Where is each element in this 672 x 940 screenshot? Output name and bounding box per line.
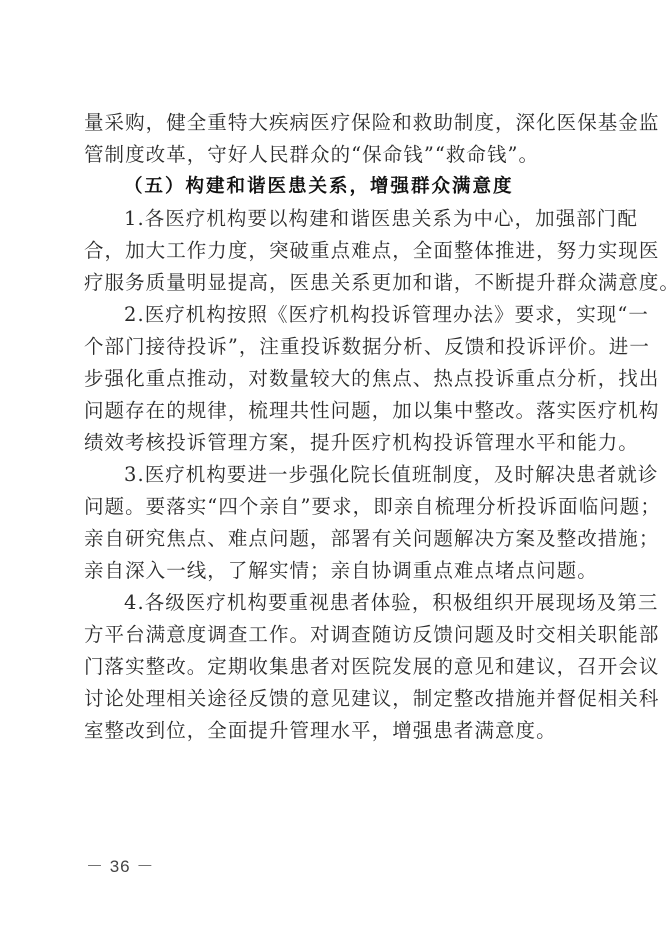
section-heading: （五）构建和谐医患关系，增强群众满意度	[84, 171, 590, 203]
text-line: 4.各级医疗机构要重视患者体验，积极组织开展现场及第三	[84, 587, 590, 619]
text-line: 门落实整改。定期收集患者对医院发展的意见和建议，召开会议	[84, 651, 590, 683]
page-number: － 36 －	[86, 852, 154, 877]
text-line: 亲自研究焦点、难点问题，部署有关问题解决方案及整改措施；	[84, 523, 590, 555]
text-line: 1.各医疗机构要以构建和谐医患关系为中心，加强部门配	[84, 203, 590, 235]
text-line: 室整改到位，全面提升管理水平，增强患者满意度。	[84, 715, 590, 747]
text-line: 讨论处理相关途径反馈的意见建议，制定整改措施并督促相关科	[84, 683, 590, 715]
paragraph-3: 3.医疗机构要进一步强化院长值班制度，及时解决患者就诊 问题。要落实“四个亲自”…	[84, 459, 590, 587]
text-line: 量采购，健全重特大疾病医疗保险和救助制度，深化医保基金监	[84, 107, 590, 139]
text-line: 管制度改革，守好人民群众的“保命钱”“救命钱”。	[84, 139, 590, 171]
text-line: 合，加大工作力度，突破重点难点，全面整体推进，努力实现医	[84, 235, 590, 267]
text-line: 绩效考核投诉管理方案，提升医疗机构投诉管理水平和能力。	[84, 427, 590, 459]
text-line: 2.医疗机构按照《医疗机构投诉管理办法》要求，实现“一	[84, 299, 590, 331]
paragraph-1: 1.各医疗机构要以构建和谐医患关系为中心，加强部门配 合，加大工作力度，突破重点…	[84, 203, 590, 299]
text-line: 个部门接待投诉”，注重投诉数据分析、反馈和投诉评价。进一	[84, 331, 590, 363]
document-body: 量采购，健全重特大疾病医疗保险和救助制度，深化医保基金监 管制度改革，守好人民群…	[84, 107, 590, 747]
text-line: 问题。要落实“四个亲自”要求，即亲自梳理分析投诉面临问题；	[84, 491, 590, 523]
text-line: 问题存在的规律，梳理共性问题，加以集中整改。落实医疗机构	[84, 395, 590, 427]
text-line: 疗服务质量明显提高，医患关系更加和谐，不断提升群众满意度。	[84, 267, 590, 299]
text-line: 方平台满意度调查工作。对调查随访反馈问题及时交相关职能部	[84, 619, 590, 651]
text-line: 步强化重点推动，对数量较大的焦点、热点投诉重点分析，找出	[84, 363, 590, 395]
paragraph-2: 2.医疗机构按照《医疗机构投诉管理办法》要求，实现“一 个部门接待投诉”，注重投…	[84, 299, 590, 459]
paragraph-4: 4.各级医疗机构要重视患者体验，积极组织开展现场及第三 方平台满意度调查工作。对…	[84, 587, 590, 747]
text-line: 亲自深入一线，了解实情；亲自协调重点难点堵点问题。	[84, 555, 590, 587]
text-line: 3.医疗机构要进一步强化院长值班制度，及时解决患者就诊	[84, 459, 590, 491]
